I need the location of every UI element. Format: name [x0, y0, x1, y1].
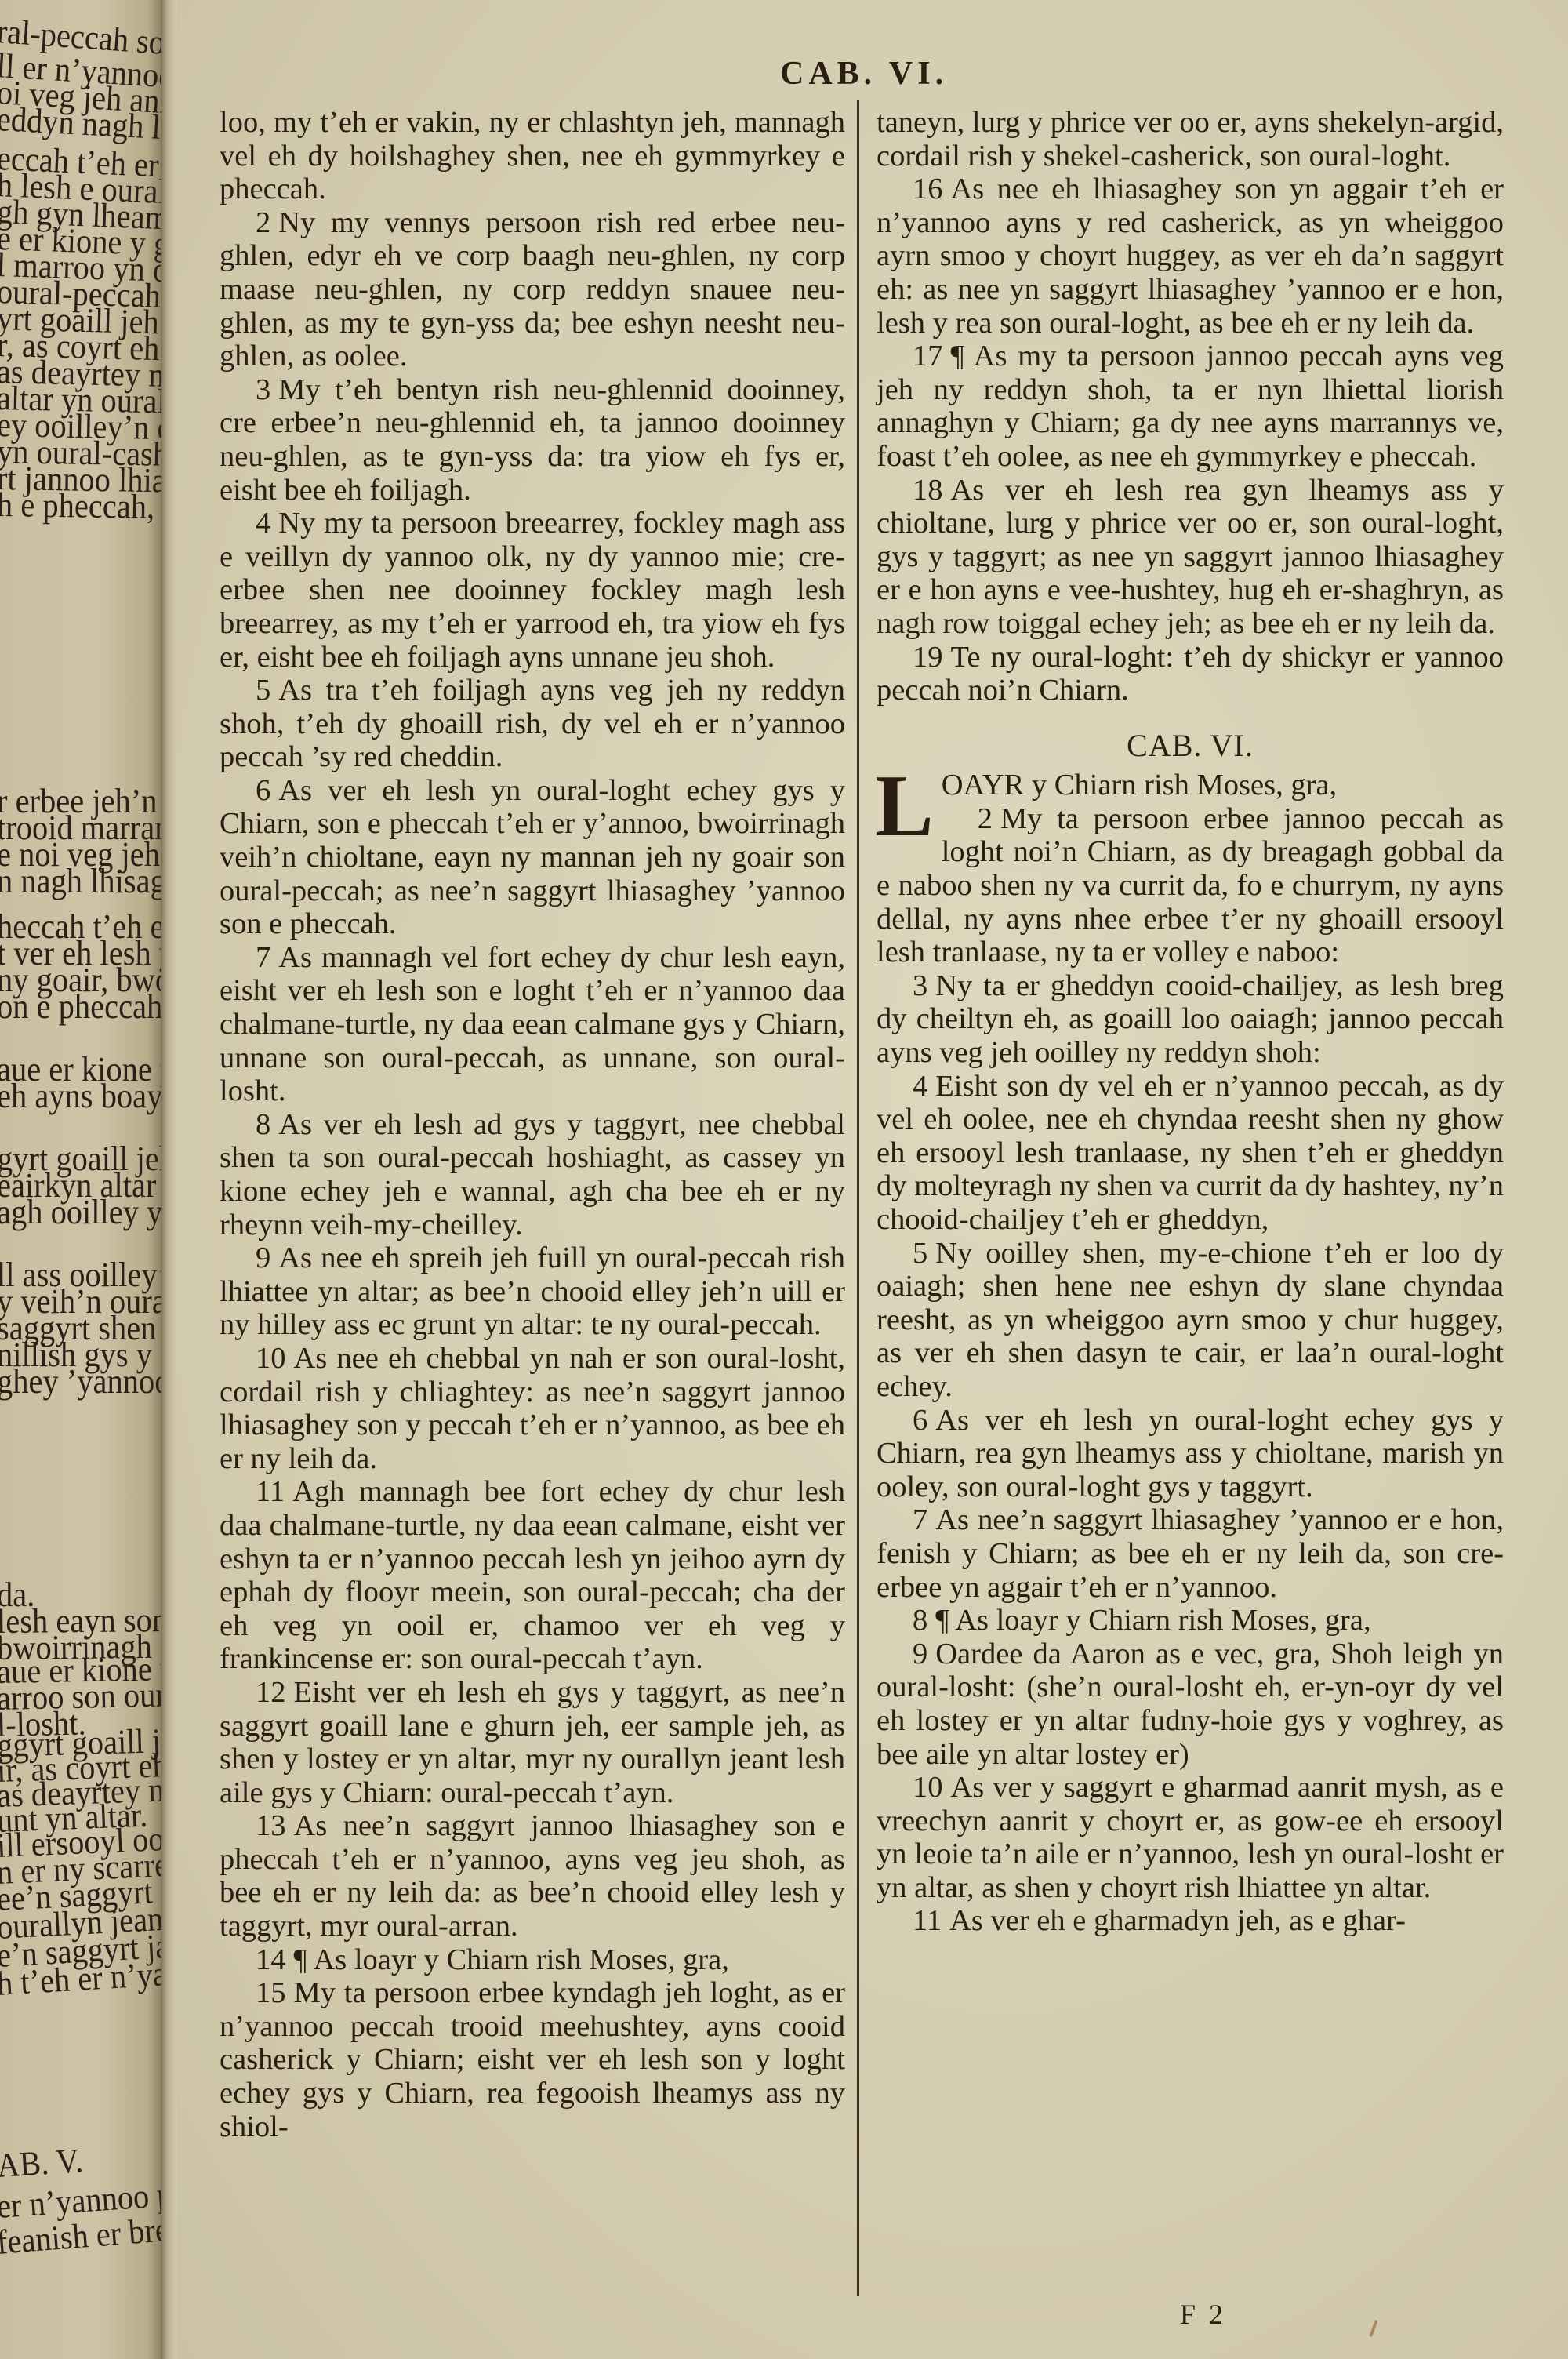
- column-divider-rule: [857, 100, 859, 2296]
- verse-number: 8: [913, 1604, 927, 1637]
- verse-text: Ny ooilley shen, my-e-chione t’eh er loo…: [877, 1237, 1504, 1403]
- verse-text: As nee’n saggyrt jannoo lhiasaghey son e…: [220, 1809, 845, 1943]
- verse-number: 2: [978, 802, 993, 835]
- verse-paragraph: 9Oardee da Aaron as e vec, gra, Shoh lei…: [877, 1637, 1504, 1771]
- verse-number: 7: [256, 941, 270, 974]
- verse-number: 6: [256, 774, 270, 807]
- verse-paragraph: loo, my t’eh er vakin, ny er chlashtyn j…: [220, 106, 845, 206]
- verse-number: 10: [913, 1771, 943, 1804]
- facing-page-line: on e pheccah t’: [0, 990, 161, 1024]
- verse-text: Agh mannagh bee fort echey dy chur lesh …: [220, 1475, 845, 1675]
- verse-number: 18: [913, 474, 943, 507]
- verse-text: loo, my t’eh er vakin, ny er chlashtyn j…: [220, 106, 845, 205]
- book-gutter: [161, 0, 176, 2359]
- verse-number: 8: [256, 1108, 270, 1141]
- right-column-chapter-v-end: taneyn, lurg y phrice ver oo er, ayns sh…: [877, 106, 1504, 707]
- verse-paragraph: 8¶ As loayr y Chiarn rish Moses, gra,: [877, 1604, 1504, 1637]
- verse-number: 19: [913, 641, 943, 674]
- verse-text: As mannagh vel fort echey dy chur lesh e…: [220, 941, 845, 1107]
- verse-number: 4: [913, 1070, 927, 1103]
- verse-paragraph: 4Ny my ta persoon breearrey, fockley mag…: [220, 507, 845, 674]
- verse-paragraph: 8As ver eh lesh ad gys y taggyrt, nee ch…: [220, 1108, 845, 1241]
- verse-paragraph: 18As ver eh lesh rea gyn lheamys ass y c…: [877, 474, 1504, 641]
- verse-paragraph: 10As ver y saggyrt e gharmad aanrit mysh…: [877, 1771, 1504, 1904]
- verse-text: taneyn, lurg y phrice ver oo er, ayns sh…: [877, 106, 1504, 173]
- verse-paragraph: 19Te ny oural-loght: t’eh dy shickyr er …: [877, 641, 1504, 707]
- verse-paragraph: 4Eisht son dy vel eh er n’yannoo peccah,…: [877, 1070, 1504, 1237]
- verse-text: Oardee da Aaron as e vec, gra, Shoh leig…: [877, 1637, 1504, 1771]
- verse-number: 3: [256, 373, 270, 406]
- verse-paragraph: 2Ny my vennys persoon rish red erbee neu…: [220, 206, 845, 373]
- verse-paragraph: 5Ny ooilley shen, my-e-chione t’eh er lo…: [877, 1237, 1504, 1404]
- verse-text: My ta persoon erbee kyndagh jeh loght, a…: [220, 1976, 845, 2143]
- verse-number: 11: [256, 1475, 285, 1508]
- verse-paragraph: 6As ver eh lesh yn oural-loght echey gys…: [877, 1404, 1504, 1504]
- verse-number: 3: [913, 969, 927, 1002]
- verse-text: Te ny oural-loght: t’eh dy shickyr er ya…: [877, 641, 1504, 707]
- verse-text: As nee’n saggyrt lhiasaghey ’yannoo er e…: [877, 1503, 1504, 1603]
- verse-paragraph: 5As tra t’eh foiljagh ayns veg jeh ny re…: [220, 674, 845, 774]
- verse-number: 6: [913, 1404, 927, 1437]
- verse-text: Eisht ver eh lesh eh gys y taggyrt, as n…: [220, 1676, 845, 1809]
- facing-page-line: AB. V.: [0, 2143, 84, 2183]
- verse-text: As nee eh spreih jeh fuill yn oural-pecc…: [220, 1241, 845, 1341]
- verse-paragraph: 12Eisht ver eh lesh eh gys y taggyrt, as…: [220, 1676, 845, 1809]
- facing-page-line: ghey ’yannoo er: [0, 1365, 161, 1399]
- facing-page-line: n nagh lhisagh ve: [0, 864, 161, 899]
- chapter-opening: L OAYR y Chiarn rish Moses, gra, 2My ta …: [877, 769, 1504, 1938]
- verse-paragraph: 17¶ As my ta persoon jannoo peccah ayns …: [877, 340, 1504, 473]
- verse-number: 4: [256, 507, 270, 540]
- verse-number: 5: [913, 1237, 927, 1270]
- verse-text: As nee eh lhiasaghey son yn aggair t’eh …: [877, 173, 1504, 339]
- left-column: loo, my t’eh er vakin, ny er chlashtyn j…: [220, 106, 845, 2143]
- verse-text: My ta persoon erbee jannoo peccah as log…: [877, 802, 1504, 969]
- verse-paragraph: 6As ver eh lesh yn oural-loght echey gys…: [220, 774, 845, 941]
- verse-text: ¶ As loayr y Chiarn rish Moses, gra,: [935, 1604, 1370, 1637]
- verse-number: 15: [256, 1976, 286, 2009]
- verse-number: 5: [256, 674, 270, 707]
- facing-page-line: agh ooilley yn uill: [0, 1195, 161, 1230]
- verse-paragraph: 11As ver eh e gharmadyn jeh, as e ghar-: [877, 1904, 1504, 1938]
- verse-paragraph: 11Agh mannagh bee fort echey dy chur les…: [220, 1475, 845, 1676]
- verse-number: 16: [913, 173, 943, 205]
- verse-paragraph: 10As nee eh chebbal yn nah er son oural-…: [220, 1342, 845, 1475]
- verse-number: 7: [913, 1503, 927, 1536]
- verse-text: As ver eh lesh ad gys y taggyrt, nee che…: [220, 1108, 845, 1241]
- facing-page-line: h e pheccah, as be: [0, 488, 161, 525]
- chapter-heading: CAB. VI.: [877, 729, 1504, 763]
- verse-number: 9: [913, 1637, 927, 1670]
- verse-paragraph: 13As nee’n saggyrt jannoo lhiasaghey son…: [220, 1809, 845, 1943]
- verse-text: As ver eh e gharmadyn jeh, as e ghar-: [949, 1904, 1406, 1937]
- verse-text: ¶ As my ta persoon jannoo peccah ayns ve…: [877, 340, 1504, 473]
- verse-paragraph: 3My t’eh bentyn rish neu-ghlennid dooinn…: [220, 373, 845, 507]
- verse-number: 17: [913, 340, 943, 373]
- verse-number: 2: [256, 206, 270, 239]
- verse-text: My t’eh bentyn rish neu-ghlennid dooinne…: [220, 373, 845, 507]
- drop-cap: L: [875, 772, 934, 841]
- verse-paragraph: 3Ny ta er gheddyn cooid-chailjey, as les…: [877, 969, 1504, 1070]
- verse-number: 11: [913, 1904, 942, 1937]
- verse-text: As nee eh chebbal yn nah er son oural-lo…: [220, 1342, 845, 1475]
- facing-page-line: eh ayns boayl yn: [0, 1079, 161, 1114]
- verse-text: As ver y saggyrt e gharmad aanrit mysh, …: [877, 1771, 1504, 1904]
- verse-text: Ny ta er gheddyn cooid-chailjey, as lesh…: [877, 969, 1504, 1069]
- verse-paragraph: 7As mannagh vel fort echey dy chur lesh …: [220, 941, 845, 1108]
- verse-paragraph: 14¶ As loayr y Chiarn rish Moses, gra,: [220, 1943, 845, 1977]
- running-head: CAB. VI.: [780, 55, 948, 93]
- verse-paragraph: 15My ta persoon erbee kyndagh jeh loght,…: [220, 1976, 845, 2143]
- right-column: taneyn, lurg y phrice ver oo er, ayns sh…: [877, 106, 1504, 1938]
- verse-text: As ver eh lesh yn oural-loght echey gys …: [877, 1404, 1504, 1503]
- verse-number: 14: [256, 1943, 286, 1976]
- verse-number: 13: [256, 1809, 286, 1842]
- verse-text: ¶ As loayr y Chiarn rish Moses, gra,: [294, 1943, 729, 1976]
- verse-paragraph: 9As nee eh spreih jeh fuill yn oural-pec…: [220, 1241, 845, 1342]
- printer-signature: F 2: [1180, 2298, 1226, 2331]
- verse-text: As ver eh lesh yn oural-loght echey gys …: [220, 774, 845, 940]
- verse-text: As ver eh lesh rea gyn lheamys ass y chi…: [877, 474, 1504, 640]
- verse-number: 10: [256, 1342, 286, 1375]
- verse-paragraph: 16As nee eh lhiasaghey son yn aggair t’e…: [877, 173, 1504, 340]
- right-column-chapter-vi-verses: 2My ta persoon erbee jannoo peccah as lo…: [877, 802, 1504, 1938]
- opening-line: OAYR y Chiarn rish Moses, gra,: [877, 769, 1504, 802]
- verse-text: Ny my vennys persoon rish red erbee neu-…: [220, 206, 845, 373]
- verse-paragraph: 2My ta persoon erbee jannoo peccah as lo…: [877, 802, 1504, 969]
- verse-paragraph: 7As nee’n saggyrt lhiasaghey ’yannoo er …: [877, 1503, 1504, 1604]
- verse-text: As tra t’eh foiljagh ayns veg jeh ny red…: [220, 674, 845, 773]
- verse-number: 12: [256, 1676, 286, 1709]
- verse-text: Eisht son dy vel eh er n’yannoo peccah, …: [877, 1070, 1504, 1236]
- verse-paragraph: taneyn, lurg y phrice ver oo er, ayns sh…: [877, 106, 1504, 173]
- verse-text: Ny my ta persoon breearrey, fockley magh…: [220, 507, 845, 673]
- facing-page-fragment: ral-peccah son y sll er n’yannoo pecoi v…: [0, 0, 161, 2359]
- verse-number: 9: [256, 1241, 270, 1274]
